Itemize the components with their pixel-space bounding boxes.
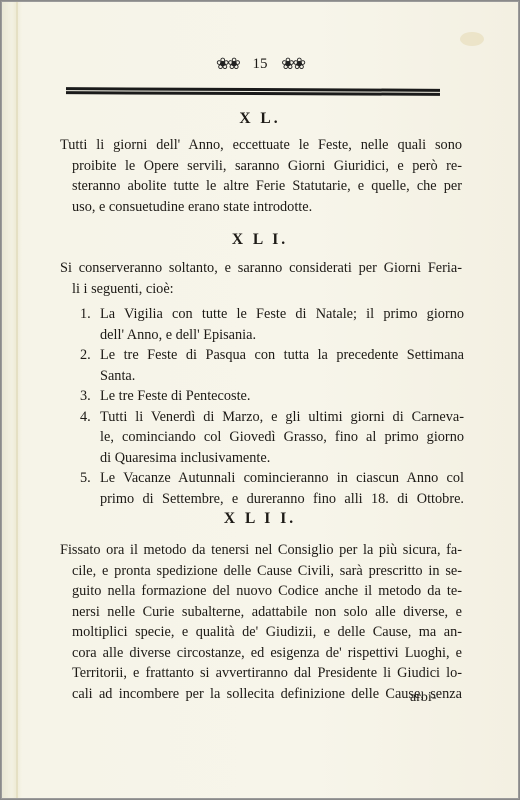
text-line: Territorii, e frattanto si avvertiranno … — [60, 663, 462, 684]
text-line: cora alle diverse circostanze, ed esigen… — [60, 643, 462, 664]
text-line: li i seguenti, cioè: — [60, 279, 462, 300]
text-line: Tutti li giorni dell' Anno, eccettuate l… — [60, 135, 462, 156]
text-line: le, cominciando col Giovedì Grasso, fino… — [100, 427, 464, 448]
page-header: ❀❀ 15 ❀❀ — [2, 54, 518, 74]
text-line: dell' Anno, e dell' Episania. — [100, 325, 464, 346]
text-line: di Quaresima inclusivamente. — [100, 448, 464, 469]
list-item: 3. Le tre Feste di Pentecoste. — [80, 386, 464, 407]
text-line: moltiplici specie, e qualità de' Giudizi… — [60, 622, 462, 643]
text-line: cile, e pronta spedizione delle Cause Ci… — [60, 561, 462, 582]
list-item-number: 4. — [80, 407, 91, 428]
list-item-number: 1. — [80, 304, 91, 325]
section-xl-paragraph: Tutti li giorni dell' Anno, eccettuate l… — [60, 135, 462, 217]
ornament-fleuron-icon: ❀❀ — [281, 54, 304, 74]
double-rule-divider — [66, 87, 440, 96]
text-line: guito nella formazione del nuovo Codice … — [60, 581, 462, 602]
list-item-number: 2. — [80, 345, 91, 366]
text-line: steranno abolite tutte le altre Ferie St… — [60, 176, 462, 197]
text-line: Le tre Feste di Pasqua con tutta la prec… — [100, 345, 464, 366]
page-number: 15 — [253, 56, 268, 73]
text-line: Santa. — [100, 366, 464, 387]
paper-stain — [460, 32, 484, 46]
section-title-xli: X L I. — [2, 231, 518, 249]
list-item: 2. Le tre Feste di Pasqua con tutta la p… — [80, 345, 464, 386]
list-item-number: 3. — [80, 386, 91, 407]
text-line: Si conserveranno soltanto, e saranno con… — [60, 258, 462, 279]
section-title-xl: X L. — [2, 110, 518, 128]
list-item: 1. La Vigilia con tutte le Feste di Nata… — [80, 304, 464, 345]
section-xlii-paragraph: Fissato ora il metodo da tenersi nel Con… — [60, 540, 462, 704]
text-line: Fissato ora il metodo da tenersi nel Con… — [60, 540, 462, 561]
text-line: Le tre Feste di Pentecoste. — [100, 386, 464, 407]
ornament-fleuron-icon: ❀❀ — [216, 54, 239, 74]
text-line: Le Vacanze Autunnali comincieranno in ci… — [100, 468, 464, 489]
list-item-number: 5. — [80, 468, 91, 489]
section-title-xlii: X L I I. — [2, 510, 518, 528]
list-item: 5. Le Vacanze Autunnali comincieranno in… — [80, 468, 464, 509]
text-line: primo di Settembre, e dureranno fino all… — [100, 489, 464, 510]
text-line: Tutti li Venerdì di Marzo, e gli ultimi … — [100, 407, 464, 428]
text-line: uso, e consuetudine erano state introdot… — [60, 197, 462, 218]
catchword: arbi- — [410, 690, 436, 706]
list-item: 4. Tutti li Venerdì di Marzo, e gli ulti… — [80, 407, 464, 469]
book-page: ❀❀ 15 ❀❀ X L. Tutti li giorni dell' Anno… — [1, 1, 519, 799]
text-line: cali ad incombere per la sollecita defin… — [60, 684, 462, 705]
text-line: nersi nelle Curie subalterne, adattabile… — [60, 602, 462, 623]
text-line: La Vigilia con tutte le Feste di Natale;… — [100, 304, 464, 325]
holiday-list: 1. La Vigilia con tutte le Feste di Nata… — [80, 304, 464, 509]
section-xli-paragraph: Si conserveranno soltanto, e saranno con… — [60, 258, 462, 299]
text-line: proibite le Opere servili, saranno Giorn… — [60, 156, 462, 177]
